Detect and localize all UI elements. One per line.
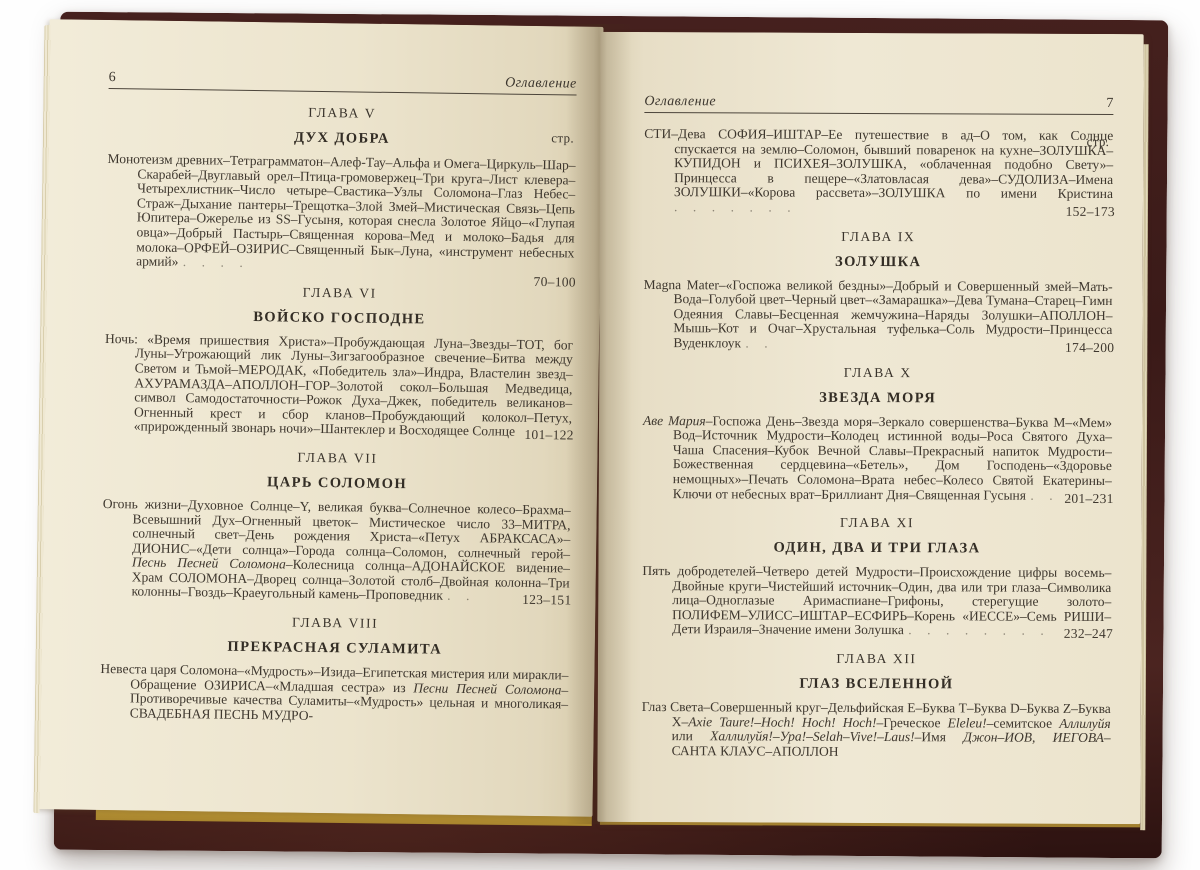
summary-text: Ночь: «Время пришествия Христа»–Пробужда…	[105, 331, 573, 439]
page-left: 6 Оглавление стр. ГЛАВА V ДУХ ДОБРА Моно…	[39, 19, 604, 817]
toc-entry: ГЛАВА IX ЗОЛУШКА Magna Mater–«Госпожа ве…	[643, 228, 1113, 353]
summary-text: Глаз Света–Совершенный круг–Дельфийская …	[642, 699, 1111, 759]
chapter-heading: ГЛАВА IX	[644, 228, 1113, 246]
chapter-heading: ГЛАВА V	[108, 102, 576, 125]
chapter-heading: ГЛАВА VIII	[101, 612, 569, 635]
toc-entry: ГЛАВА VII ЦАРЬ СОЛОМОН Огонь жизни–Духов…	[101, 447, 571, 606]
toc-entry: ГЛАВА VI ВОЙСКО ГОСПОДНЕ Ночь: «Время пр…	[104, 282, 574, 441]
page-range: 152–173	[1066, 205, 1115, 220]
toc-entry: ГЛАВА XI ОДИН, ДВА И ТРИ ГЛАЗА Пять добр…	[642, 514, 1112, 639]
page-number: 6	[109, 70, 116, 86]
toc-entry: СТИ–Дева СОФИЯ–ИШТАР–Ее путешествие в ад…	[644, 127, 1113, 217]
page-right: Оглавление 7 стр. СТИ–Дева СОФИЯ–ИШТАР–Е…	[597, 32, 1143, 824]
toc-entry: ГЛАВА V ДУХ ДОБРА Монотеизм древних–Тетр…	[106, 102, 576, 275]
toc-entry: ГЛАВА XII ГЛАЗ ВСЕЛЕННОЙ Глаз Света–Сове…	[642, 650, 1111, 760]
chapter-summary: Аве Мария–Госпожа День–Звезда моря–Зерка…	[643, 414, 1112, 504]
summary-text: СТИ–Дева СОФИЯ–ИШТАР–Ее путешествие в ад…	[644, 126, 1113, 201]
dot-leader: . . . . . . . .	[904, 623, 1045, 639]
chapter-title: ЗВЕЗДА МОРЯ	[643, 389, 1112, 408]
chapter-title: ОДИН, ДВА И ТРИ ГЛАЗА	[642, 539, 1111, 558]
chapter-summary: Ночь: «Время пришествия Христа»–Пробужда…	[104, 332, 573, 441]
page-number: 7	[1106, 96, 1113, 112]
page-range: 201–231	[1064, 491, 1113, 506]
toc-entry: ГЛАВА VIII ПРЕКРАСНАЯ СУЛАМИТА Невеста ц…	[100, 612, 569, 727]
summary-text: Невеста царя Соломона–«Мудрость»–Изида–Е…	[100, 661, 568, 723]
running-head: Оглавление 7	[644, 94, 1113, 112]
chapter-title: ЦАРЬ СОЛОМОН	[103, 472, 571, 496]
chapter-summary: Глаз Света–Совершенный круг–Дельфийская …	[642, 700, 1111, 760]
chapter-summary: Пять добродетелей–Четверо детей Мудрости…	[642, 564, 1111, 639]
chapter-title: ВОЙСКО ГОСПОДНЕ	[105, 307, 573, 331]
chapter-heading: ГЛАВА XII	[642, 650, 1111, 668]
chapter-summary: Огонь жизни–Духовное Солнце–Y, великая б…	[101, 497, 570, 606]
running-title: Оглавление	[505, 76, 577, 93]
page-range: 174–200	[1065, 341, 1114, 356]
chapter-heading: ГЛАВА VI	[106, 282, 574, 305]
dot-leader: . . . .	[178, 254, 244, 270]
page-range: 70–100	[533, 275, 576, 290]
chapter-heading: ГЛАВА XI	[643, 514, 1112, 532]
chapter-title: ПРЕКРАСНАЯ СУЛАМИТА	[101, 637, 569, 661]
header-rule	[644, 112, 1113, 115]
chapter-summary: СТИ–Дева СОФИЯ–ИШТАР–Ее путешествие в ад…	[644, 127, 1113, 217]
chapter-summary: Невеста царя Соломона–«Мудрость»–Изида–Е…	[100, 662, 569, 727]
page-range: 123–151	[522, 593, 572, 608]
chapter-title: ЗОЛУШКА	[644, 253, 1113, 272]
dot-leader: . .	[443, 588, 471, 603]
book-photo: 6 Оглавление стр. ГЛАВА V ДУХ ДОБРА Моно…	[0, 0, 1200, 870]
chapter-title: ГЛАЗ ВСЕЛЕННОЙ	[642, 675, 1111, 694]
chapter-heading: ГЛАВА X	[643, 364, 1112, 382]
summary-text: Огонь жизни–Духовное Солнце–Y, великая б…	[103, 496, 571, 603]
summary-text: Монотеизм древних–Тетраграмматон–Алеф-Та…	[107, 151, 575, 269]
page-range: 101–122	[524, 428, 574, 443]
running-title: Оглавление	[644, 94, 716, 110]
chapter-summary: Magna Mater–«Госпожа великой бездны»–Доб…	[643, 278, 1112, 353]
column-label: стр.	[551, 130, 574, 146]
summary-text: Magna Mater–«Госпожа великой бездны»–Доб…	[644, 277, 1113, 351]
page-range: 232–247	[1064, 627, 1113, 642]
chapter-heading: ГЛАВА VII	[103, 447, 571, 470]
chapter-summary: Монотеизм древних–Тетраграмматон–Алеф-Та…	[106, 152, 576, 275]
dot-leader: . .	[741, 335, 769, 350]
chapter-title: ДУХ ДОБРА	[108, 127, 576, 151]
toc-entry: ГЛАВА X ЗВЕЗДА МОРЯ Аве Мария–Госпожа Де…	[643, 364, 1113, 504]
